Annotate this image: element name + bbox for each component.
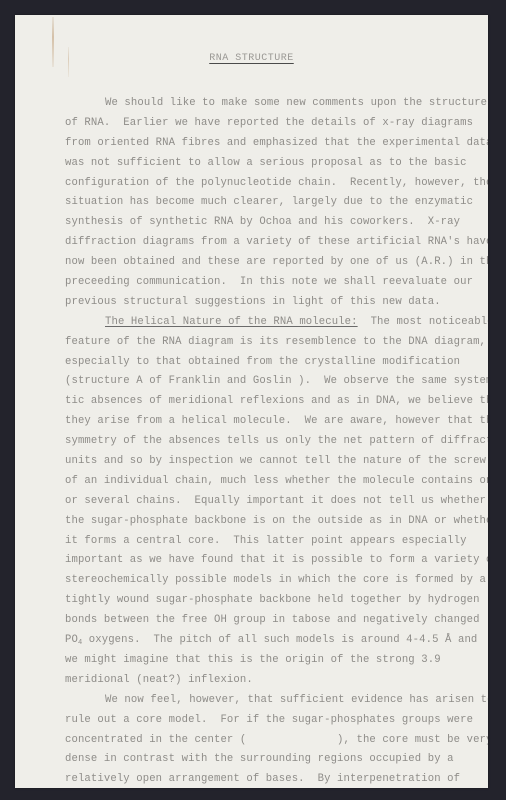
document-title: RNA STRUCTURE [15, 53, 488, 64]
text-line: situation has become much clearer, large… [65, 193, 488, 213]
text-line: was not sufficient to allow a serious pr… [65, 154, 488, 174]
text-line: rule out a core model. For if the sugar-… [65, 711, 488, 731]
text-line: feature of the RNA diagram is its resemb… [65, 333, 488, 353]
typewritten-page: RNA STRUCTURE We should like to make som… [15, 15, 488, 788]
text-line: dense in contrast with the surrounding r… [65, 750, 488, 770]
text-line: meridional (neat?) inflexion. [65, 671, 488, 691]
text-line: from oriented RNA fibres and emphasized … [65, 134, 488, 154]
document-body: We should like to make some new comments… [65, 94, 488, 788]
text-run: oxygens. The pitch of all such models is… [82, 634, 477, 646]
text-line: they arise from a helical molecule. We a… [65, 412, 488, 432]
text-line: configuration of the polynucleotide chai… [65, 174, 488, 194]
text-line: (structure A of Franklin and Goslin ). W… [65, 372, 488, 392]
text-line: now been obtained and these are reported… [65, 253, 488, 273]
po4-text-line: PO4 oxygens. The pitch of all such model… [65, 631, 488, 651]
text-run: The most noticeable [358, 316, 488, 328]
text-line: We should like to make some new comments… [65, 94, 488, 114]
text-line: we might imagine that this is the origin… [65, 651, 488, 671]
text-line: or several chains. Equally important it … [65, 492, 488, 512]
text-line: symmetry of the absences tells us only t… [65, 432, 488, 452]
chemical-formula: PO [65, 634, 78, 646]
text-line: of an individual chain, much less whethe… [65, 472, 488, 492]
text-line: the sugar-phosphate backbone is on the o… [65, 512, 488, 532]
text-line: it forms a central core. This latter poi… [65, 532, 488, 552]
text-line: especially to that obtained from the cry… [65, 353, 488, 373]
text-line: concentrated in the center ( ), the core… [65, 731, 488, 751]
text-line: tic absences of meridional reflexions an… [65, 392, 488, 412]
text-line: important as we have found that it is po… [65, 551, 488, 571]
text-line: previous structural suggestions in light… [65, 293, 488, 313]
text-line: synthesis of synthetic RNA by Ochoa and … [65, 213, 488, 233]
section-heading: The Helical Nature of the RNA molecule: [105, 316, 358, 328]
text-line: We now feel, however, that sufficient ev… [65, 691, 488, 711]
text-line: relatively open arrangement of bases. By… [65, 770, 488, 788]
section-heading-line: The Helical Nature of the RNA molecule: … [65, 313, 488, 333]
text-line: preceeding communication. In this note w… [65, 273, 488, 293]
text-line: units and so by inspection we cannot tel… [65, 452, 488, 472]
text-line: stereochemically possible models in whic… [65, 571, 488, 591]
text-line: bonds between the free OH group in tabos… [65, 611, 488, 631]
text-line: diffraction diagrams from a variety of t… [65, 233, 488, 253]
text-line: of RNA. Earlier we have reported the det… [65, 114, 488, 134]
text-line: tightly wound sugar-phosphate backbone h… [65, 591, 488, 611]
